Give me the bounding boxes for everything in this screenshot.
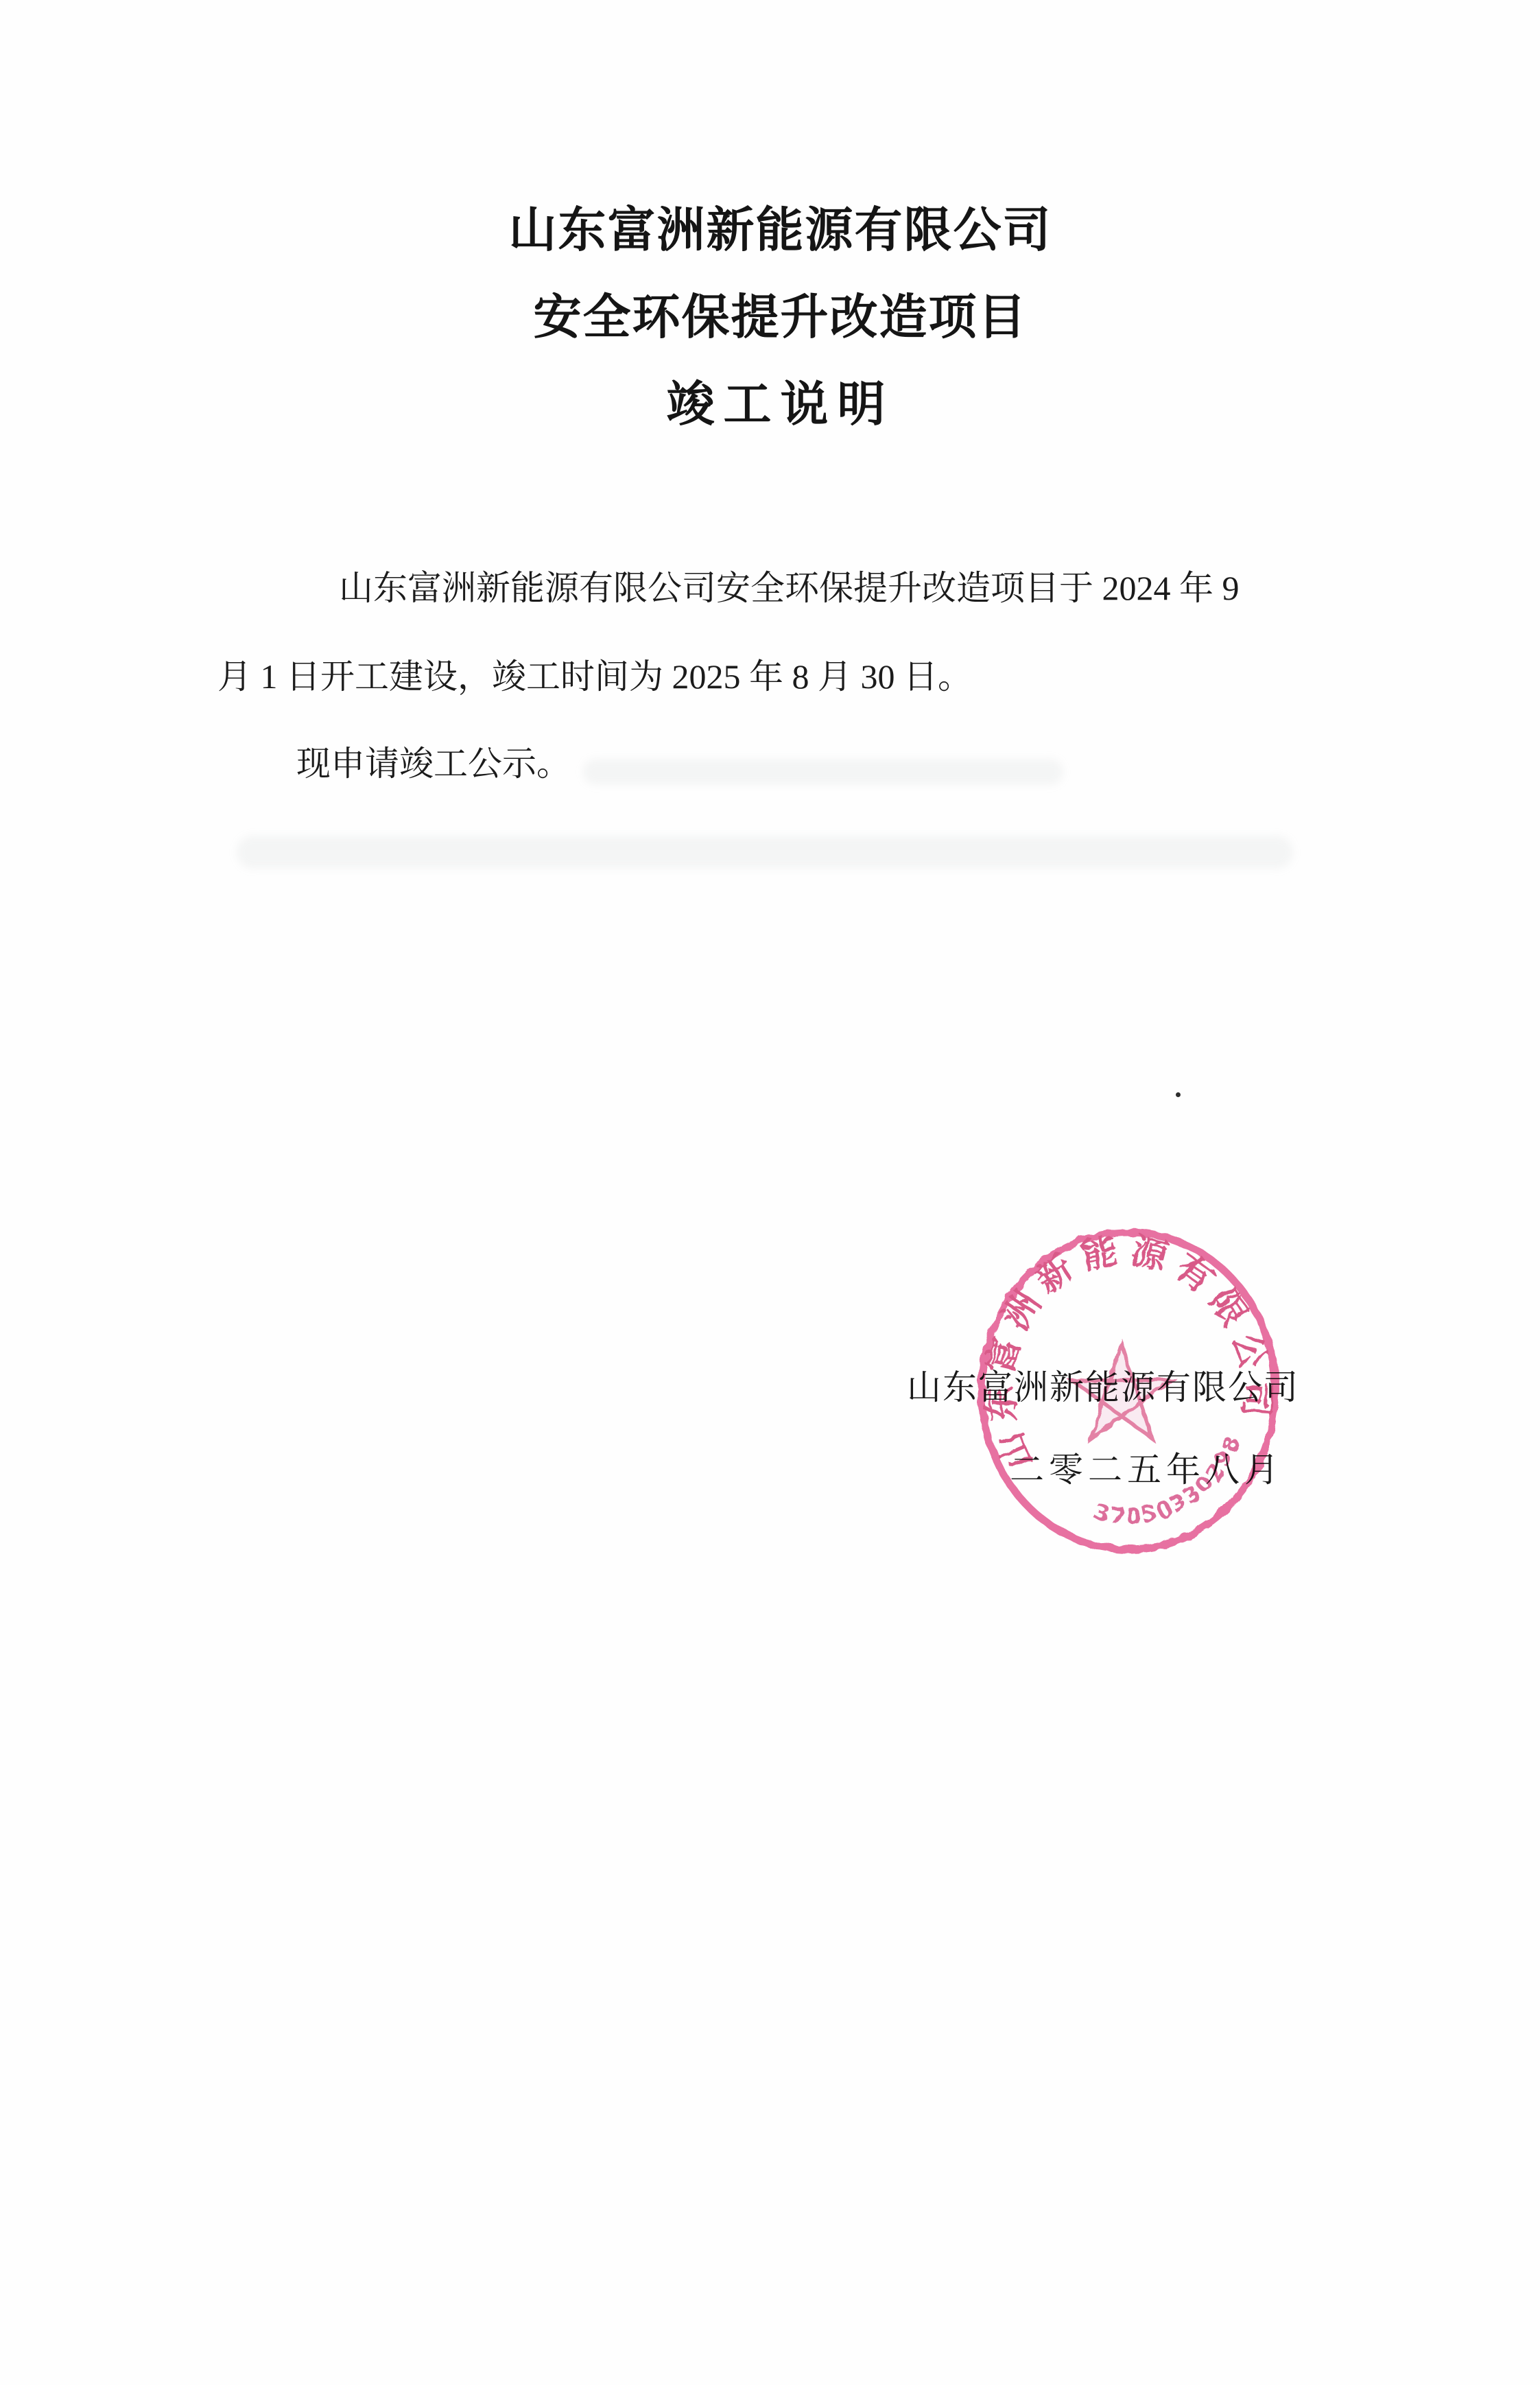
paragraph-1-line-1: 山东富洲新能源有限公司安全环保提升改造项目于 2024 年 9 <box>339 567 1240 609</box>
title-line-subject: 竣工说明 <box>10 375 1540 436</box>
company-seal-stamp: 山东富洲新能源有限公司 370503302980 <box>950 1199 1307 1583</box>
scan-speck <box>1176 1092 1181 1097</box>
paragraph-2-line-1: 现申请竣工公示。 <box>296 742 571 785</box>
star-icon <box>1072 1344 1172 1439</box>
scanned-document-page: 山东富洲新能源有限公司 安全环保提升改造项目 竣工说明 山东富洲新能源有限公司安… <box>0 0 1540 2385</box>
bleed-through-smudge <box>237 836 1293 869</box>
title-line-project: 安全环保提升改造项目 <box>10 287 1540 349</box>
paragraph-1-line-2: 月 1 日开工建设，竣工时间为 2025 年 8 月 30 日。 <box>217 655 972 698</box>
bleed-through-smudge <box>583 759 1063 785</box>
title-line-company: 山东富洲新能源有限公司 <box>10 200 1540 262</box>
